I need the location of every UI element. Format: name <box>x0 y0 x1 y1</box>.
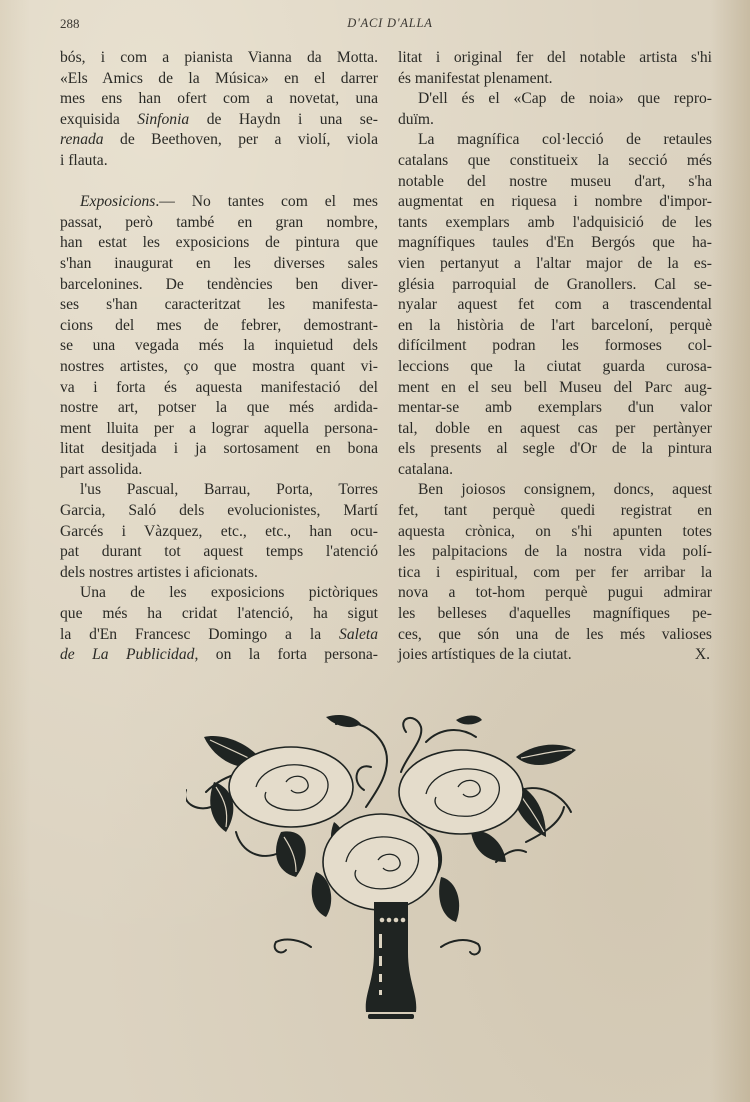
text-line: va i forta és aquesta manifestació del <box>60 378 378 399</box>
text-line: nyalar aquest fet com a trascendental <box>398 295 712 316</box>
text-line: barcelonines. De tendències ben diver- <box>60 275 378 296</box>
text-line: nova a tot-hom perquè pugui admirar <box>398 583 712 604</box>
text-run: joies artístiques de la ciutat. <box>398 646 572 663</box>
text-line: ses s'han caracteritzat les manifesta- <box>60 295 378 316</box>
text-line: part assolida. <box>60 460 378 481</box>
text-line: la d'En Francesc Domingo a la Saleta <box>60 625 378 646</box>
text-line: fet, tant perquè quedi registrat en <box>398 501 712 522</box>
text-line: i flauta. <box>60 151 378 172</box>
italic-title: Sinfonia <box>137 111 189 128</box>
author-signature: X. <box>695 645 710 666</box>
text-line: cions del mes de febrer, demostrant- <box>60 316 378 337</box>
text-line: pat durant tot aquest temps l'atenció <box>60 542 378 563</box>
text-line: les palpitacions de la nostra vida polí- <box>398 542 712 563</box>
text-line: els presents al segle d'Or de la pintura <box>398 439 712 460</box>
text-run: exquisida <box>60 111 137 128</box>
text-line: Garcia, Saló dels evolucionistes, Martí <box>60 501 378 522</box>
text-line: duïm. <box>398 110 712 131</box>
text-line: ment lluita per a lograr aquella persona… <box>60 419 378 440</box>
text-line: Garcés i Vàzquez, etc., etc., han ocu- <box>60 522 378 543</box>
text-run: de Haydn i una se- <box>189 111 378 128</box>
text-line: és manifestat plenament. <box>398 69 712 90</box>
text-line: difícilment podran les formoses col- <box>398 336 712 357</box>
text-line: tants exemplars amb l'adquisició de les <box>398 213 712 234</box>
text-line: aquesta crònica, on s'hi apunten totes <box>398 522 712 543</box>
text-line: catalana. <box>398 460 712 481</box>
text-line: que més ha cridat l'atenció, ha sigut <box>60 604 378 625</box>
rose-bouquet-icon <box>186 712 596 1022</box>
text-line: Una de les exposicions pictòriques <box>60 583 378 604</box>
text-line: Ben joiosos consignem, doncs, aquest <box>398 480 712 501</box>
text-line: en la història de l'art barceloní, perqu… <box>398 316 712 337</box>
section-heading-line: Exposicions.— No tantes com el mes <box>60 192 378 213</box>
text-line: tica i espiritual, com per fer arribar l… <box>398 563 712 584</box>
text-line: vien pertanyut a l'altar major de la es- <box>398 254 712 275</box>
text-line: nostres artistes, ço que mostra quant vi… <box>60 357 378 378</box>
text-line: ces, que són una de les més valioses <box>398 625 712 646</box>
text-line: passat, però també en gran nombre, <box>60 213 378 234</box>
left-column: bós, i com a pianista Vianna da Motta. «… <box>60 48 378 666</box>
right-column: litat i original fer del notable artista… <box>398 48 712 666</box>
text-line: s'han inaugurat en les diverses sales <box>60 254 378 275</box>
text-line: La magnífica col·lecció de retaules <box>398 130 712 151</box>
text-line: ment en el seu bell Museu del Parc aug- <box>398 378 712 399</box>
italic-title: renada <box>60 131 104 148</box>
text-line: nostre art, potser la que més ardida- <box>60 398 378 419</box>
text-line: han estat les exposicions de pintura que <box>60 233 378 254</box>
text-line: dels nostres artistes i aficionats. <box>60 563 378 584</box>
text-line: glésia parroquial de Granollers. Cal se- <box>398 275 712 296</box>
text-line: litat i original fer del notable artista… <box>398 48 712 69</box>
section-heading: Exposicions <box>80 193 155 210</box>
text-line: notable del nostre museu d'art, s'ha <box>398 172 712 193</box>
journal-title: D'ACI D'ALLA <box>60 16 720 31</box>
text-line: bós, i com a pianista Vianna da Motta. <box>60 48 378 69</box>
text-line: exquisida Sinfonia de Haydn i una se- <box>60 110 378 131</box>
italic-title: de La Publicidad <box>60 646 194 663</box>
text-run: de Beethoven, per a violí, viola <box>104 131 378 148</box>
text-line: catalans que constitueix la secció més <box>398 151 712 172</box>
text-line: mes ens han ofert com a novetat, una <box>60 89 378 110</box>
text-line: magnífiques taules d'En Bergós que ha- <box>398 233 712 254</box>
text-line: tal, doble en aquest cas per pertànyer <box>398 419 712 440</box>
text-run: , on la forta persona- <box>194 646 378 663</box>
text-line: se una vegada més la inquietud dels <box>60 336 378 357</box>
text-line: leccions que la ciutat guarda curosa- <box>398 357 712 378</box>
text-run: la d'En Francesc Domingo a la <box>60 626 339 643</box>
text-line: litat desitjada i ja sortosament en bona <box>60 439 378 460</box>
text-line: D'ell és el «Cap de noia» que repro- <box>398 89 712 110</box>
text-line: l'us Pascual, Barrau, Porta, Torres <box>60 480 378 501</box>
text-line: mentar-se amb exemplars d'un valor <box>398 398 712 419</box>
running-head: 288 D'ACI D'ALLA <box>60 16 720 34</box>
text-line: «Els Amics de la Música» en el darrer <box>60 69 378 90</box>
text-run: .— No tantes com el mes <box>155 193 378 210</box>
text-line: les belleses d'aquelles magnífiques pe- <box>398 604 712 625</box>
rose-vase-vignette <box>186 712 596 1022</box>
text-line: de La Publicidad, on la forta persona- <box>60 645 378 666</box>
text-line: joies artístiques de la ciutat.X. <box>398 645 712 666</box>
text-line: augmentat en riquesa i nombre d'impor- <box>398 192 712 213</box>
text-line: renada de Beethoven, per a violí, viola <box>60 130 378 151</box>
italic-title: Saleta <box>339 626 378 643</box>
